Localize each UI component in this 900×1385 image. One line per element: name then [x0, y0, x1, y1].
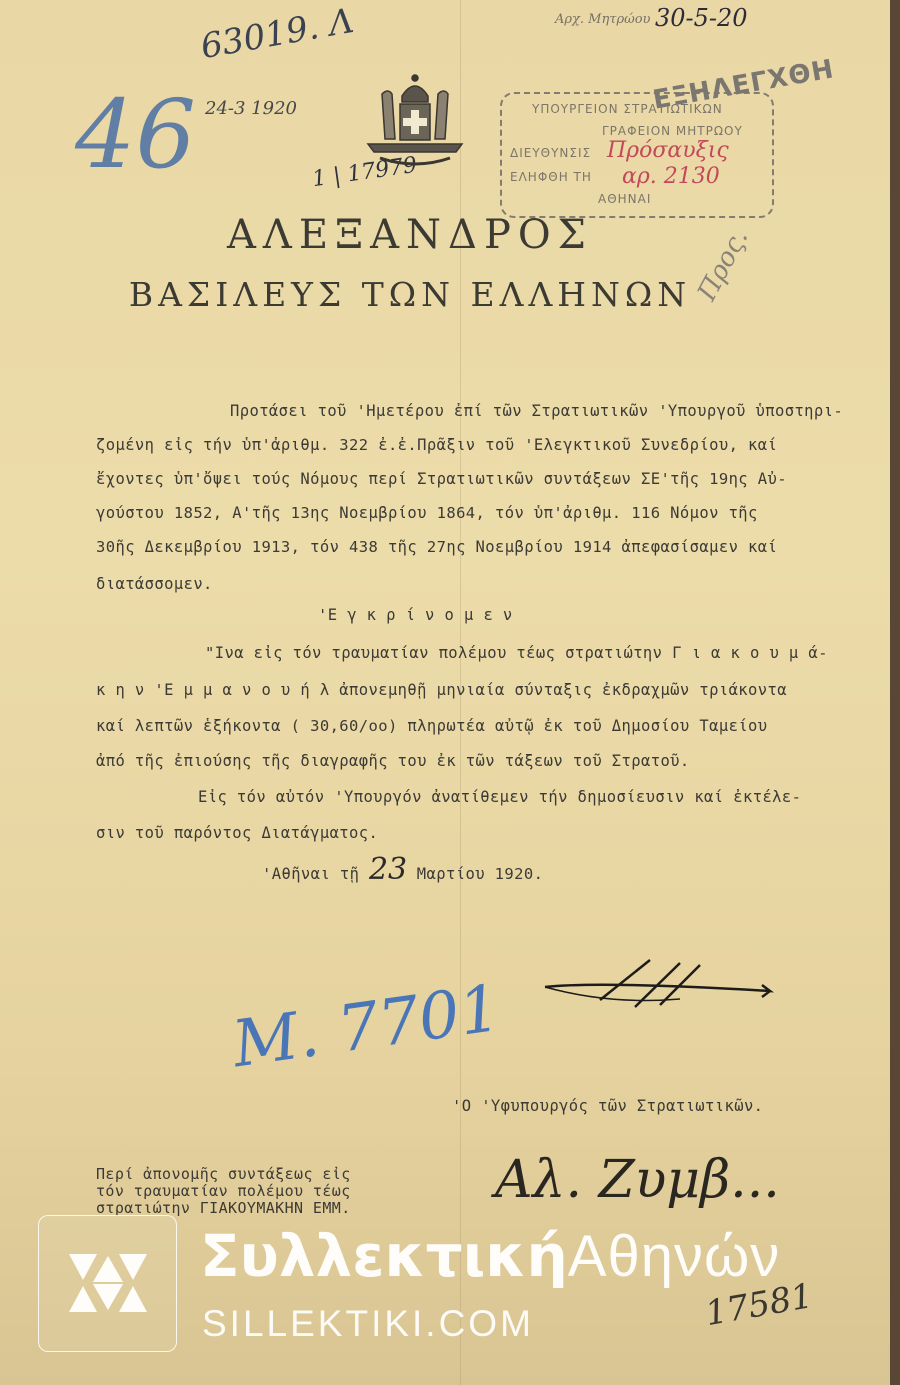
body-line-1: Προτάσει τοῦ 'Ημετέρου ἐπί τῶν Στρατιωτι… — [230, 402, 843, 420]
watermark-brand-bold: Συλλεκτική — [200, 1222, 568, 1290]
body-line-6: διατάσσομεν. — [96, 575, 213, 593]
watermark-logo — [38, 1215, 177, 1352]
place-date-suffix: Μαρτίου 1920. — [417, 865, 544, 883]
place-date-day: 23 — [369, 852, 407, 887]
decree-line-4: ἀπό τῆς ἐπιούσης τῆς διαγραφῆς του ἐκ τῶ… — [96, 752, 690, 770]
stamp-line-office: ΓΡΑΦΕΙΟΝ ΜΗΤΡΩΟΥ — [602, 124, 743, 138]
handwritten-reference-number: 63019. Λ — [198, 1, 357, 67]
stamp-line-directorate: ΔΙΕΥΘΥΝΣΙΣ — [510, 146, 591, 160]
handwritten-date: 24-3 1920 — [205, 98, 297, 119]
watermark-brand-light: Αθηνών — [568, 1224, 780, 1289]
execution-line-2: σιν τοῦ παρόντος Διατάγματος. — [96, 824, 378, 842]
decree-heading: 'Ε γ κ ρ ί ν ο μ ε ν — [318, 606, 513, 624]
body-line-3: ἔχοντες ὑπ'ὄψει τούς Νόμους περί Στρατιω… — [96, 470, 787, 488]
stamp-line-city: ΑΘΗΝΑΙ — [598, 192, 651, 206]
archive-label: Αρχ. Μητρώου — [555, 12, 650, 27]
summary-line-1: Περί ἀπονομῆς συντάξεως εἰς — [96, 1166, 351, 1183]
body-line-4: γούστου 1852, Α'τῆς 13ης Νοεμβρίου 1864,… — [96, 504, 758, 522]
body-line-5: 30ῆς Δεκεμβρίου 1913, τόν 438 τῆς 27ης Ν… — [96, 538, 777, 556]
blue-pencil-mark: 46 — [75, 80, 196, 190]
blue-pencil-annotation: Μ. 7701 — [228, 972, 505, 1083]
minister-signature: Αλ. Ζυμβ... — [495, 1150, 780, 1210]
watermark-url: SILLEKTIKI.COM — [202, 1303, 534, 1345]
decree-line-1: "Ινα εἰς τόν τραυματίαν πολέμου τέως στρ… — [205, 644, 828, 662]
stamp-red-number: αρ. 2130 — [622, 164, 720, 189]
watermark-brand: ΣυλλεκτικήΑθηνών — [200, 1222, 780, 1290]
document-summary: Περί ἀπονομῆς συντάξεως εἰς τόν τραυματί… — [96, 1166, 351, 1217]
document-page: 63019. Λ 24-3 1920 1 | 17979 46 Αρχ. Μητ… — [0, 0, 890, 1385]
six-triangles-logo-icon — [39, 1216, 176, 1351]
summary-line-2: τόν τραυματίαν πολέμου τέως — [96, 1183, 351, 1200]
place-date-line: 'Αθῆναι τῇ 23 Μαρτίου 1920. — [262, 852, 543, 887]
king-signature — [540, 955, 790, 1019]
king-name-title: ΑΛΕΞΑΝΔΡΟΣ — [0, 212, 820, 258]
stamp-red-note: Πρόσαυξις — [607, 138, 729, 163]
place-date-prefix: 'Αθῆναι τῇ — [262, 865, 359, 883]
minister-title: 'Ο 'Υφυπουργός τῶν Στρατιωτικῶν. — [452, 1097, 763, 1115]
royal-crest-icon — [360, 66, 470, 181]
body-line-2: ζομένη εἰς τήν ὑπ'ἀριθμ. 322 ἐ.ἐ.Πρᾶξιν … — [96, 436, 777, 454]
decree-line-3: καί λεπτῶν ἑξήκοντα ( 30,60/oo) πληρωτέα… — [96, 717, 768, 735]
decree-line-2: κ η ν 'Ε μ μ α ν ο υ ή λ ἀπονεμηθῇ μηνια… — [96, 681, 787, 699]
archive-date: 30-5-20 — [655, 4, 748, 32]
execution-line-1: Εἰς τόν αὐτόν 'Υπουργόν ἀνατίθεμεν τήν δ… — [198, 788, 801, 806]
stamp-line-received: ΕΛΗΦΘΗ ΤΗ — [510, 170, 592, 184]
ministry-received-stamp: ΥΠΟΥΡΓΕΙΟΝ ΣΤΡΑΤΙΩΤΙΚΩΝ ΓΡΑΦΕΙΟΝ ΜΗΤΡΩΟΥ… — [500, 92, 774, 218]
